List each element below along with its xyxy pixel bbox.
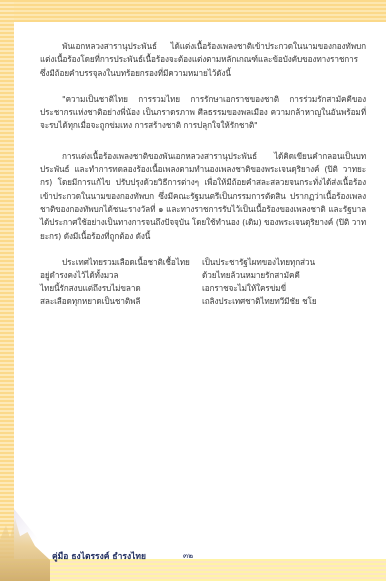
lyric-left: ประเทศไทยรวมเลือดเนื้อชาติเชื้อไทย — [62, 256, 190, 269]
footer-book-title: คู่มือ ธงไตรรงค์ ธำรงไทย — [52, 549, 146, 563]
lyric-left: สละเลือดทุกหยาดเป็นชาติพลี — [40, 295, 140, 308]
lyric-right: เอกราชจะไม่ให้ใครข่มขี่ — [202, 282, 286, 295]
paragraph-criteria-quote: "ความเป็นชาติไทย การรวมไทย การรักษาเอกรา… — [40, 93, 366, 133]
page-number: ๓๒ — [183, 550, 193, 562]
paragraph-history: การแต่งเนื้อร้องเพลงชาติของพันเอกหลวงสาร… — [40, 150, 366, 243]
lyric-line: สละเลือดทุกหยาดเป็นชาติพลี เถลิงประเทศชา… — [40, 295, 366, 308]
lyric-left: อยู่ดำรงคงไว้ได้ทั้งมวล — [40, 269, 118, 282]
lyric-right: เป็นประชารัฐไผทของไทยทุกส่วน — [202, 256, 315, 269]
left-decorative-border — [0, 0, 14, 581]
lyric-right: เถลิงประเทศชาติไทยทวีมีชัย ชโย — [202, 295, 317, 308]
paragraph-intro: พันเอกหลวงสารานุประพันธ์ ได้แต่งเนื้อร้อ… — [40, 40, 366, 80]
lyric-line: ไทยนี้รักสงบแต่ถึงรบไม่ขลาด เอกราชจะไม่ใ… — [40, 282, 366, 295]
page-body: พันเอกหลวงสารานุประพันธ์ ได้แต่งเนื้อร้อ… — [40, 40, 366, 316]
national-anthem-lyrics: ประเทศไทยรวมเลือดเนื้อชาติเชื้อไทย เป็นป… — [40, 256, 366, 316]
lyric-line: อยู่ดำรงคงไว้ได้ทั้งมวล ด้วยไทยล้วนหมายร… — [40, 269, 366, 282]
lyric-line: ประเทศไทยรวมเลือดเนื้อชาติเชื้อไทย เป็นป… — [40, 256, 366, 269]
top-decorative-border — [0, 0, 386, 22]
lyric-right: ด้วยไทยล้วนหมายรักสามัคคี — [202, 269, 300, 282]
lyric-left: ไทยนี้รักสงบแต่ถึงรบไม่ขลาด — [40, 282, 141, 295]
